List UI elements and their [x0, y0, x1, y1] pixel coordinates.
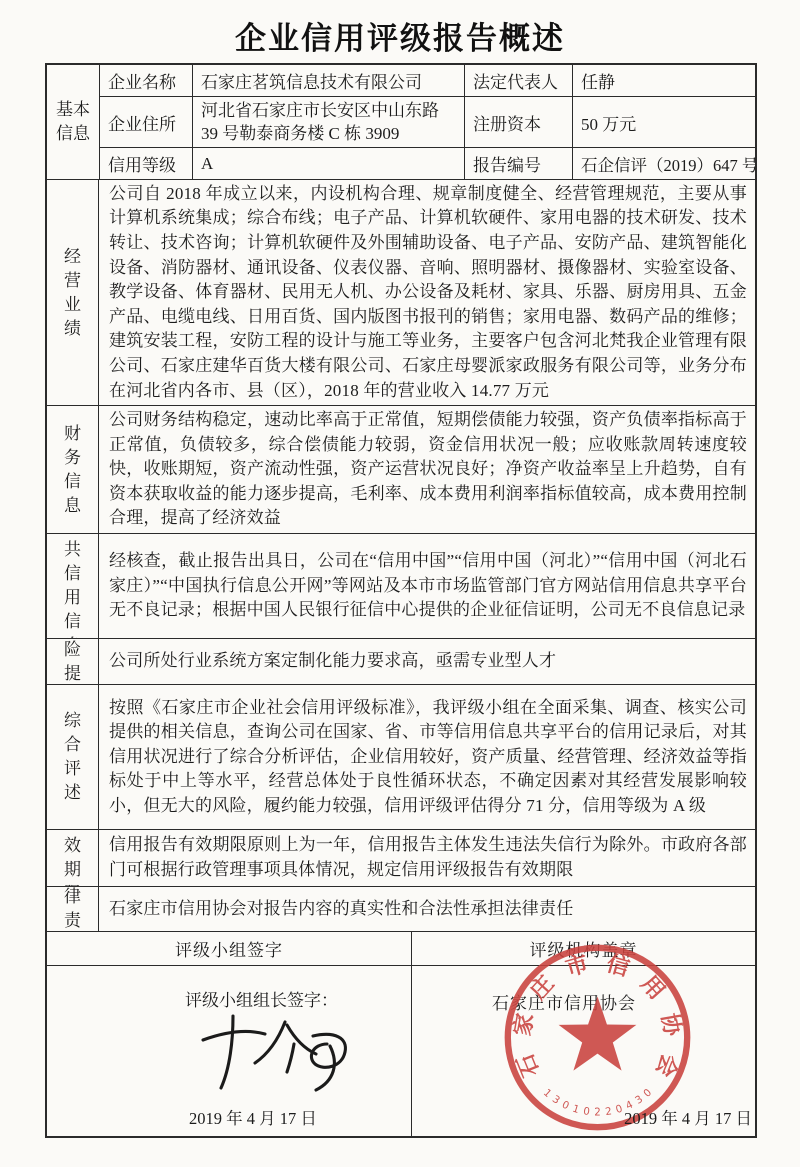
section-header-financial-info: 财务信息	[47, 406, 99, 533]
left-sign-date: 2019 年 4 月 17 日	[189, 1105, 317, 1129]
section-content-public-credit-info: 经核查，截止报告出具日，公司在“信用中国”“信用中国（河北）”“信用中国（河北石…	[109, 549, 747, 623]
section-header-public-credit-info: 公共信用信息	[47, 534, 99, 638]
section-header-risk-notice: 风险提示	[47, 639, 99, 684]
field-label-registered-capital: 注册资本	[464, 96, 572, 147]
svg-text:0: 0	[560, 1099, 571, 1112]
section-overall-review: 综合评述 按照《石家庄市企业社会信用评级标准》，我评级小组在全面采集、调查、核实…	[47, 684, 755, 829]
svg-text:0: 0	[642, 1087, 654, 1100]
section-content-business-performance: 公司自 2018 年成立以来，内设机构合理、规章制度健全、经营管理规范，主要从事…	[109, 182, 747, 403]
basic-info-group-label: 基本信息	[47, 65, 99, 179]
field-value-credit-grade: A	[192, 147, 464, 179]
svg-text:0: 0	[615, 1104, 624, 1116]
rating-team-signature-header: 评级小组签字	[47, 932, 412, 965]
field-value-company-name: 石家庄茗筑信息技术有限公司	[192, 65, 464, 96]
section-content-validity-period: 信用报告有效期限原则上为一年，信用报告主体发生违法失信行为除外。市政府各部门可根…	[109, 833, 747, 882]
svg-text:市: 市	[563, 951, 591, 981]
report-page: 企业信用评级报告概述 基本信息 企业名称 石家庄茗筑信息技术有限公司 法定代表人…	[0, 0, 800, 1167]
svg-text:家: 家	[509, 1011, 538, 1038]
field-value-report-number: 石企信评（2019）647 号	[572, 147, 755, 179]
svg-text:0: 0	[582, 1106, 590, 1118]
svg-text:1: 1	[571, 1104, 580, 1116]
svg-text:3: 3	[550, 1094, 562, 1107]
section-content-risk-notice: 公司所处行业系统方案定制化能力要求高，亟需专业型人才	[109, 649, 556, 674]
field-label-credit-grade: 信用等级	[99, 147, 192, 179]
section-content-overall-review: 按照《石家庄市企业社会信用评级标准》，我评级小组在全面采集、调查、核实公司提供的…	[109, 696, 747, 819]
svg-text:协: 协	[657, 1011, 686, 1039]
section-header-business-performance: 经营业绩	[47, 180, 99, 405]
svg-text:2: 2	[605, 1106, 613, 1118]
field-value-registered-capital: 50 万元	[572, 96, 755, 147]
svg-text:2: 2	[594, 1108, 601, 1119]
signature-content-row: 评级小组组长签字： 2019 年 4 月 17 日 石家庄市信用协会	[47, 965, 755, 1136]
page-title: 企业信用评级报告概述	[0, 0, 800, 63]
section-header-validity-period: 有效期限	[47, 830, 99, 886]
field-value-legal-representative: 任静	[572, 65, 755, 96]
section-public-credit-info: 公共信用信息 经核查，截止报告出具日，公司在“信用中国”“信用中国（河北）”“信…	[47, 533, 755, 638]
section-risk-notice: 风险提示 公司所处行业系统方案定制化能力要求高，亟需专业型人才	[47, 638, 755, 684]
section-content-financial-info: 公司财务结构稳定，速动比率高于正常值，短期偿债能力较强，资产负债率指标高于正常值…	[109, 408, 747, 531]
rating-agency-seal-cell: 石家庄市信用协会 石家庄市信用协会13010220430 2019 年 4 月 …	[412, 966, 755, 1136]
section-header-overall-review: 综合评述	[47, 685, 99, 829]
report-table: 基本信息 企业名称 石家庄茗筑信息技术有限公司 法定代表人 任静 企业住所 河北…	[45, 63, 757, 1138]
svg-text:1: 1	[541, 1087, 553, 1100]
field-label-company-name: 企业名称	[99, 65, 192, 96]
field-label-company-address: 企业住所	[99, 96, 192, 147]
rating-team-signature-cell: 评级小组组长签字： 2019 年 4 月 17 日	[47, 966, 412, 1136]
basic-info-grid: 基本信息 企业名称 石家庄茗筑信息技术有限公司 法定代表人 任静 企业住所 河北…	[47, 65, 755, 179]
section-content-legal-liability: 石家庄市信用协会对报告内容的真实性和合法性承担法律责任	[109, 897, 573, 922]
section-validity-period: 有效期限 信用报告有效期限原则上为一年，信用报告主体发生违法失信行为除外。市政府…	[47, 829, 755, 886]
section-financial-info: 财务信息 公司财务结构稳定，速动比率高于正常值，短期偿债能力较强，资产负债率指标…	[47, 405, 755, 533]
handwritten-signature	[195, 1008, 360, 1096]
section-header-legal-liability: 法律责任	[47, 887, 99, 931]
field-value-company-address: 河北省石家庄市长安区中山东路 39 号勒泰商务楼 C 栋 3909	[192, 96, 464, 147]
right-sign-date: 2019 年 4 月 17 日	[624, 1105, 752, 1129]
section-business-performance: 经营业绩 公司自 2018 年成立以来，内设机构合理、规章制度健全、经营管理规范…	[47, 179, 755, 405]
section-legal-liability: 法律责任 石家庄市信用协会对报告内容的真实性和合法性承担法律责任	[47, 886, 755, 931]
field-label-report-number: 报告编号	[464, 147, 572, 179]
field-label-legal-representative: 法定代表人	[464, 65, 572, 96]
